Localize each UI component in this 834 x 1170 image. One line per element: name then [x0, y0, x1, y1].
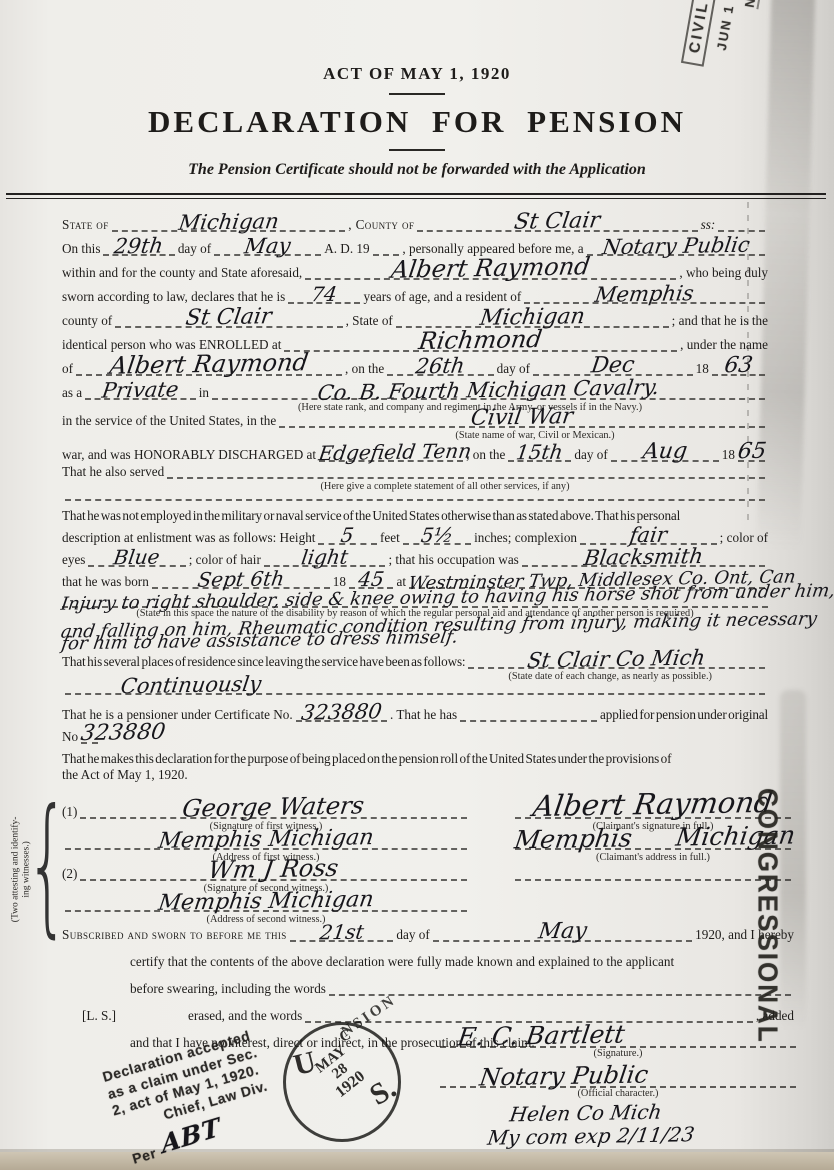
- notary-signature-line: E. C. Bartlett: [440, 1020, 796, 1048]
- within-label: within and for the county and State afor…: [62, 265, 302, 282]
- day-of2-label: day of: [497, 361, 530, 378]
- rank-value: Private: [83, 377, 197, 403]
- residence-label: That his several places of residence sin…: [62, 654, 465, 671]
- witness-rail-line1: (Two attesting and identify-: [11, 789, 22, 949]
- cert-no2-value: 323880: [79, 721, 99, 746]
- day2-blank: 26th: [387, 374, 493, 376]
- cert-no2-blank: 323880: [81, 742, 98, 744]
- witness2-address-row: Memphis Michigan: [62, 895, 470, 914]
- that-he-has-label: . That he has: [390, 707, 457, 724]
- line-service: in the service of the United States, in …: [62, 413, 768, 430]
- county2-blank: St Clair: [115, 326, 342, 328]
- witness1-signature: George Waters: [78, 790, 470, 825]
- day2-value: 26th: [385, 353, 495, 379]
- line-state-county: State of Michigan , County of St Clair s…: [62, 206, 768, 234]
- sworn-line-1: Subscribed and sworn to before me this 2…: [62, 920, 794, 944]
- separator-dashed: [62, 492, 768, 503]
- on-the2-label: , on the: [466, 447, 505, 464]
- county-of-label: county of: [62, 313, 112, 330]
- disability-line-1: Injury to right shoulder, side & knee ow…: [62, 591, 768, 608]
- y18b-label: 18: [722, 447, 735, 464]
- eyes-blank: Blue: [88, 565, 185, 567]
- sworn-label: sworn according to law, declares that he…: [62, 289, 285, 306]
- year3-value: 65: [736, 439, 767, 464]
- separator-blank: [65, 499, 765, 501]
- county2-value: St Clair: [113, 303, 344, 332]
- sworn-line-2: certify that the contents of the above d…: [62, 944, 794, 971]
- signature-columns: (1) George Waters (Signature of first wi…: [62, 802, 794, 926]
- also-caption: (Here give a complete statement of all o…: [62, 481, 768, 492]
- line-eyes-hair: eyes Blue ; color of hair light ; that h…: [62, 547, 768, 569]
- notary-location-row: Helen Co Mich: [440, 1100, 796, 1123]
- witness2-address-blank: Memphis Michigan: [65, 910, 467, 912]
- on-this-label: On this: [62, 241, 100, 258]
- year3-blank: 65: [738, 460, 765, 462]
- line-discharged: war, and was HONORABLY DISCHARGED at Edg…: [62, 441, 768, 464]
- he-is-label: ; and that he is the: [672, 313, 768, 330]
- on-the-label: , on the: [345, 361, 384, 378]
- form-body: State of Michigan , County of St Clair s…: [62, 206, 768, 784]
- witness2-signature-blank: Wm J Ross: [80, 879, 467, 881]
- line-rank-unit: as a Private in Co. B. Fourth Michigan C…: [62, 378, 768, 402]
- residence-value: St Clair Co Mich: [466, 644, 767, 673]
- continuously-value: Continuously: [119, 672, 263, 698]
- line-purpose-1: That he makes this declaration for the p…: [62, 750, 768, 768]
- pension-office-postmark: U S. C MAY 28 1920: [283, 1022, 401, 1142]
- line-continuously: Continuously: [62, 680, 768, 697]
- day3-blank: 15th: [508, 460, 571, 462]
- inches-blank: 5½: [403, 543, 471, 545]
- witness2-signature: Wm J Ross: [78, 852, 470, 887]
- month3-blank: Aug: [611, 460, 719, 462]
- born-date-value: Sept 6th: [150, 565, 332, 592]
- sworn-day-of-label: day of: [396, 927, 429, 944]
- line-also-served: That he also served: [62, 464, 768, 481]
- state-label: State of: [62, 217, 109, 234]
- cert-no-blank: 323880: [296, 720, 387, 722]
- of-label: of: [62, 361, 73, 378]
- double-rule: [6, 193, 826, 199]
- county-blank: St Clair: [417, 230, 697, 232]
- congressional-stamp: CONGRESSIONAL: [751, 788, 784, 1044]
- witness1-address-blank: Memphis Michigan: [65, 848, 467, 850]
- act-heading: ACT OF MAY 1, 1920: [0, 64, 834, 84]
- desc-label: description at enlistment was as follows…: [62, 530, 315, 547]
- discharge-place-blank: Edgefield Tenn: [319, 460, 463, 462]
- sworn-day-value: 21st: [288, 919, 395, 945]
- inches-value: 5½: [401, 522, 473, 547]
- document-subtitle: The Pension Certificate should not be fo…: [0, 161, 834, 179]
- continuously-blank: Continuously: [65, 693, 765, 695]
- day-of3-label: day of: [574, 447, 607, 464]
- claimant2-blank: Albert Raymond: [76, 374, 342, 376]
- line-not-employed: That he was not employed in the military…: [62, 503, 768, 525]
- in-label: in: [199, 385, 209, 402]
- state-blank: Michigan: [112, 230, 346, 232]
- notary-commission-row: My com exp 2/11/23: [440, 1123, 796, 1146]
- claimant2-value: Albert Raymond: [74, 348, 345, 381]
- occupation-label: ; that his occupation was: [388, 552, 518, 569]
- inches-label: inches; complexion: [474, 530, 577, 547]
- notary-character-line: Notary Public: [440, 1060, 796, 1088]
- words-blank-1: [329, 994, 791, 996]
- claimant-blank: Albert Raymond: [305, 278, 676, 280]
- signature-section: { (Two attesting and identify- ing witne…: [62, 802, 794, 926]
- day-of-label: day of: [178, 241, 211, 258]
- line-certificate: That he is a pensioner under Certificate…: [62, 701, 768, 724]
- witness-rail-label: (Two attesting and identify- ing witness…: [11, 789, 34, 949]
- claimant-extra-blank: [515, 879, 791, 881]
- unit-blank: Co. B. Fourth Michigan Cavalry.: [212, 398, 765, 400]
- witness1-address-row: Memphis Michigan: [62, 833, 470, 852]
- war-blank: Civil War: [279, 426, 765, 428]
- line-within: within and for the county and State afor…: [62, 258, 768, 282]
- eyes-value: Blue: [87, 544, 188, 570]
- service-label: in the service of the United States, in …: [62, 413, 276, 430]
- sworn-line-3: before swearing, including the words: [62, 971, 794, 998]
- sworn-day-blank: 21st: [290, 940, 394, 942]
- month3-value: Aug: [609, 438, 721, 465]
- before-swearing-text: before swearing, including the words: [130, 981, 326, 998]
- eyes-label: eyes: [62, 552, 85, 569]
- applied-label: applied for pension under original: [600, 707, 768, 724]
- certify-text: certify that the contents of the above d…: [130, 954, 674, 971]
- notary-character: Notary Public: [478, 1061, 650, 1092]
- witness1-signature-blank: George Waters: [80, 817, 467, 819]
- claimant-name: Albert Raymond: [303, 251, 679, 285]
- divider-rule: [389, 93, 445, 95]
- witness2-signature-row: (2) Wm J Ross: [62, 864, 470, 883]
- sworn-month-value: May: [431, 917, 695, 947]
- notary-block: E. C. Bartlett (Signature.) Notary Publi…: [440, 1020, 796, 1146]
- day-value: 29th: [102, 233, 177, 258]
- county-label: , County of: [348, 217, 414, 234]
- county-value: St Clair: [415, 207, 700, 237]
- purpose-text-1: That he makes this declaration for the p…: [62, 751, 671, 768]
- day3-value: 15th: [507, 439, 574, 464]
- notary-signature: E. C. Bartlett: [456, 1020, 627, 1052]
- born-label: that he was born: [62, 574, 149, 591]
- purpose-text-2: the Act of May 1, 1920.: [62, 767, 188, 784]
- divider-rule: [389, 149, 445, 151]
- month-value: May: [212, 233, 323, 259]
- witness1-signature-row: (1) George Waters: [62, 802, 470, 821]
- per-label: Per: [130, 1144, 158, 1168]
- document-header: ACT OF MAY 1, 1920 DECLARATION FOR PENSI…: [0, 64, 834, 179]
- also-served-label: That he also served: [62, 464, 164, 481]
- postmark-date: MAY 28 1920: [296, 1030, 386, 1115]
- residence-blank: St Clair Co Mich: [468, 667, 765, 669]
- claimant-signature-blank: Albert Raymond: [515, 817, 791, 819]
- witness-column: (1) George Waters (Signature of first wi…: [62, 802, 470, 926]
- bottom-section: Declaration accepted as a claim under Se…: [0, 1020, 834, 1170]
- notary-commission: My com exp 2/11/23: [486, 1122, 696, 1150]
- pension-declaration-document: CIVIL WAR JUN 1 1920 NSION ACT OF MAY 1,…: [0, 0, 834, 1170]
- line-cert-no2: No 323880: [62, 724, 768, 746]
- state-value: Michigan: [110, 208, 348, 236]
- day-blank: 29th: [103, 254, 174, 256]
- claimant-address-blank: Memphis Michigan: [515, 848, 791, 850]
- subscribed-label: Subscribed and sworn to before me this: [62, 927, 287, 944]
- line-purpose-2: the Act of May 1, 1920.: [62, 768, 768, 784]
- as-a-label: as a: [62, 385, 82, 402]
- no-label: No: [62, 729, 78, 746]
- civil-war-stamp-partial: NSION: [742, 0, 768, 9]
- witness-rail-line2: ing witnesses.): [22, 789, 33, 949]
- also-served-blank: [167, 477, 765, 479]
- cert-no-value: 323880: [294, 699, 389, 725]
- sworn-month-blank: May: [433, 940, 692, 942]
- month-blank: May: [214, 254, 321, 256]
- document-title: DECLARATION FOR PENSION: [0, 104, 834, 140]
- resident-label: years of age, and a resident of: [363, 289, 521, 306]
- discharged-label: war, and was HONORABLY DISCHARGED at: [62, 447, 316, 464]
- applied-blank: [460, 720, 597, 722]
- rank-blank: Private: [85, 398, 196, 400]
- ss-label: ss:: [701, 217, 716, 234]
- discharge-place-value: Edgefield Tenn: [317, 439, 465, 466]
- acceptance-stamp: Declaration accepted as a claim under Se…: [101, 1027, 279, 1170]
